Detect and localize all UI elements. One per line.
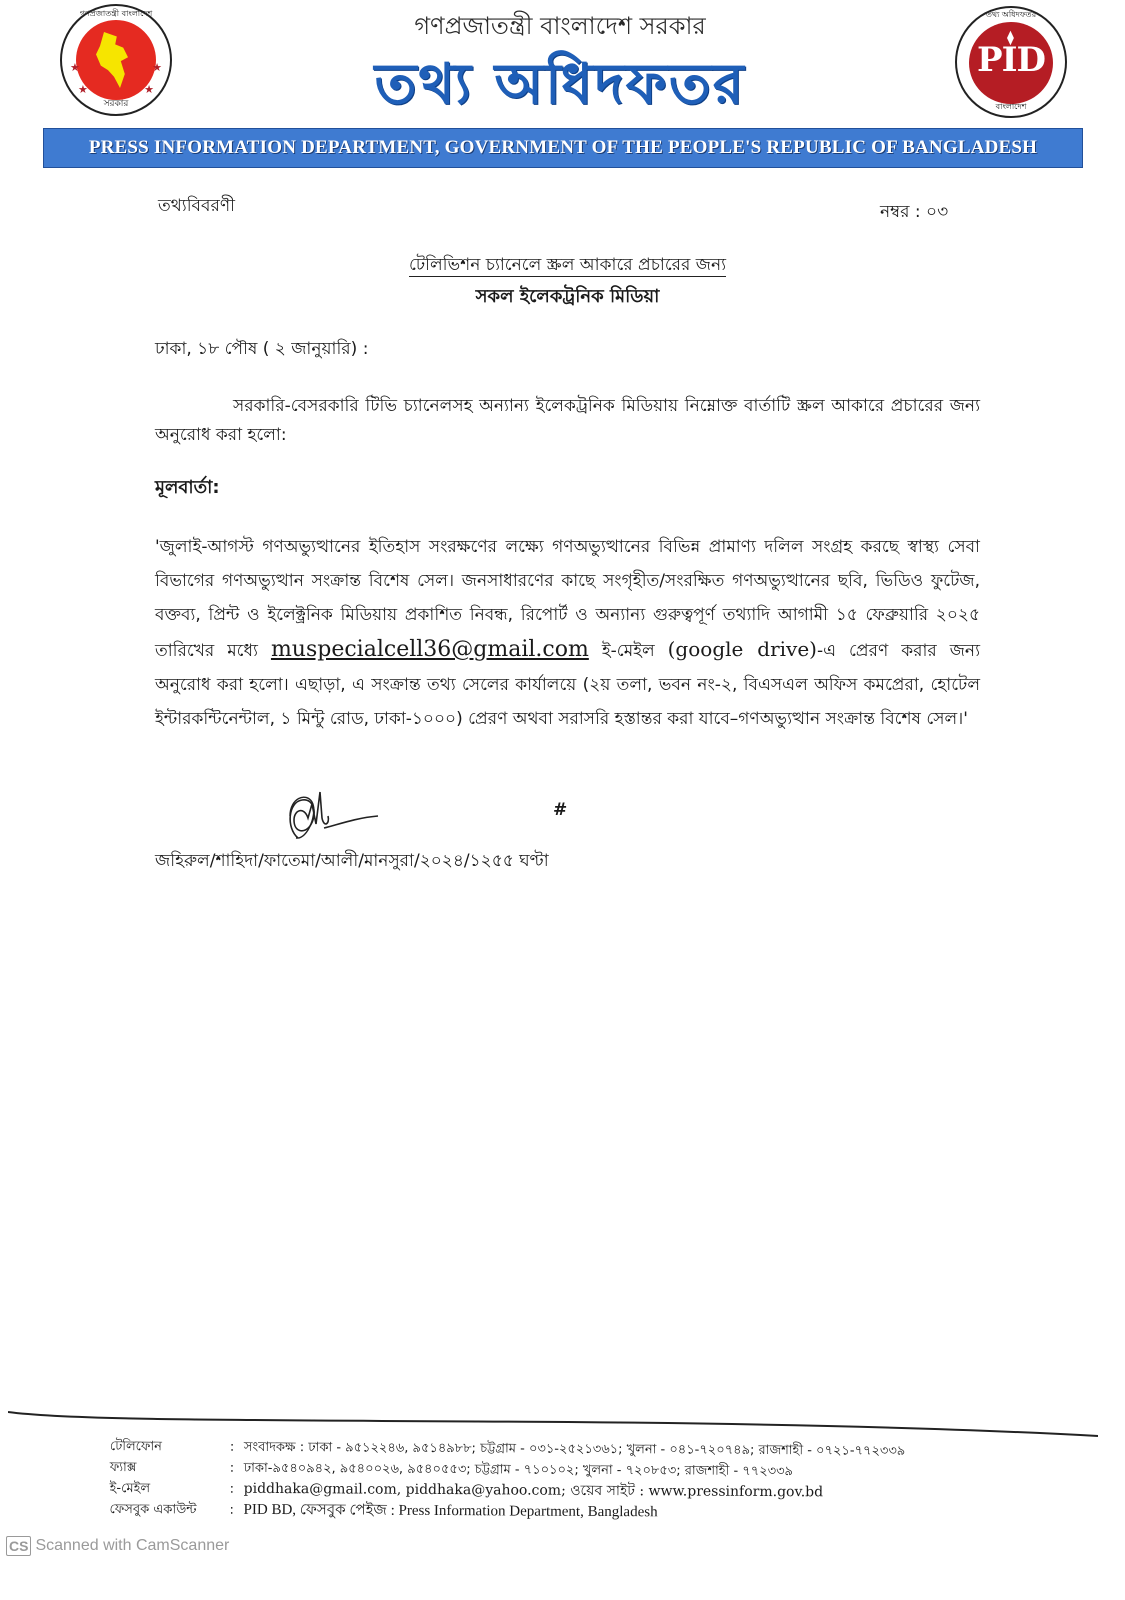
- footer-label: ই-মেইল: [110, 1478, 230, 1500]
- subject-text: টেলিভিশন চ্যানেলে স্ক্রল আকারে প্রচারের …: [409, 255, 726, 277]
- reporters-line: জহিরুল/শাহিদা/ফাতেমা/আলী/মানসুরা/২০২৪/১২…: [155, 848, 549, 876]
- dateline: ঢাকা, ১৮ পৌষ ( ২ জানুয়ারি) :: [155, 336, 368, 364]
- end-mark: #: [553, 800, 567, 820]
- recipient: সকল ইলেকট্রনিক মিডিয়া: [300, 282, 835, 313]
- footer-separator: :: [229, 1500, 243, 1521]
- main-news-paragraph: 'জুলাই-আগস্ট গণঅভ্যুত্থানের ইতিহাস সংরক্…: [155, 530, 980, 736]
- main-news-part2: ই-মেইল: [589, 641, 668, 661]
- footer-separator: :: [230, 1458, 244, 1479]
- handwritten-signature-icon: [284, 788, 384, 844]
- banner-text: PRESS INFORMATION DEPARTMENT, GOVERNMENT…: [89, 137, 1037, 159]
- camscanner-text: Scanned with CamScanner: [35, 1537, 229, 1555]
- seal-bottom-text: সরকার: [62, 96, 170, 111]
- google-drive-text: (google drive): [668, 637, 817, 661]
- pid-logo: তথ্য অধিদফতর ⧫ PID বাংলাদেশ: [955, 6, 1067, 118]
- footer-divider: [8, 1408, 1098, 1438]
- star-icon: ★: [78, 84, 88, 95]
- star-icon: ★: [144, 84, 154, 95]
- document-number: নম্বর : ০৩: [880, 199, 948, 227]
- footer-label: ফ্যাক্স: [110, 1457, 230, 1479]
- contact-email-link[interactable]: muspecialcell36@gmail.com: [271, 637, 589, 662]
- footer-separator: :: [230, 1437, 244, 1458]
- subject-line: টেলিভিশন চ্যানেলে স্ক্রল আকারে প্রচারের …: [300, 252, 835, 280]
- camscanner-watermark: CS Scanned with CamScanner: [6, 1536, 229, 1556]
- pid-logo-top-text: তথ্য অধিদফতর: [957, 9, 1065, 22]
- footer-value: PID BD, ফেসবুক পেইজ : Press Information …: [243, 1500, 989, 1526]
- footer-row-facebook: ফেসবুক একাউন্ট : PID BD, ফেসবুক পেইজ : P…: [109, 1499, 989, 1525]
- camscanner-logo-icon: CS: [6, 1536, 31, 1556]
- intro-paragraph: সরকারি-বেসরকারি টিভি চ্যানেলসহ অন্যান্য …: [155, 392, 980, 450]
- government-name: গণপ্রজাতন্ত্রী বাংলাদেশ সরকার: [300, 8, 820, 48]
- contact-info: টেলিফোন : সংবাদকক্ষ : ঢাকা - ৯৫১২২৪৬, ৯৫…: [109, 1436, 989, 1525]
- star-icon: ★: [70, 62, 80, 73]
- government-seal: গণপ্রজাতন্ত্রী বাংলাদেশ ★ ★ ★ ★ সরকার: [60, 4, 172, 116]
- footer-label: টেলিফোন: [110, 1436, 230, 1458]
- footer-label: ফেসবুক একাউন্ট: [109, 1499, 229, 1521]
- document-type: তথ্যবিবরণী: [158, 193, 235, 221]
- star-icon: ★: [152, 62, 162, 73]
- pid-logo-bottom-text: বাংলাদেশ: [957, 101, 1065, 114]
- footer-separator: :: [230, 1479, 244, 1500]
- pid-logo-text: PID: [957, 40, 1065, 80]
- department-title: তথ্য অধিদফতর: [300, 52, 820, 118]
- main-news-heading: মূলবার্তা:: [155, 473, 220, 504]
- department-banner: PRESS INFORMATION DEPARTMENT, GOVERNMENT…: [43, 128, 1083, 168]
